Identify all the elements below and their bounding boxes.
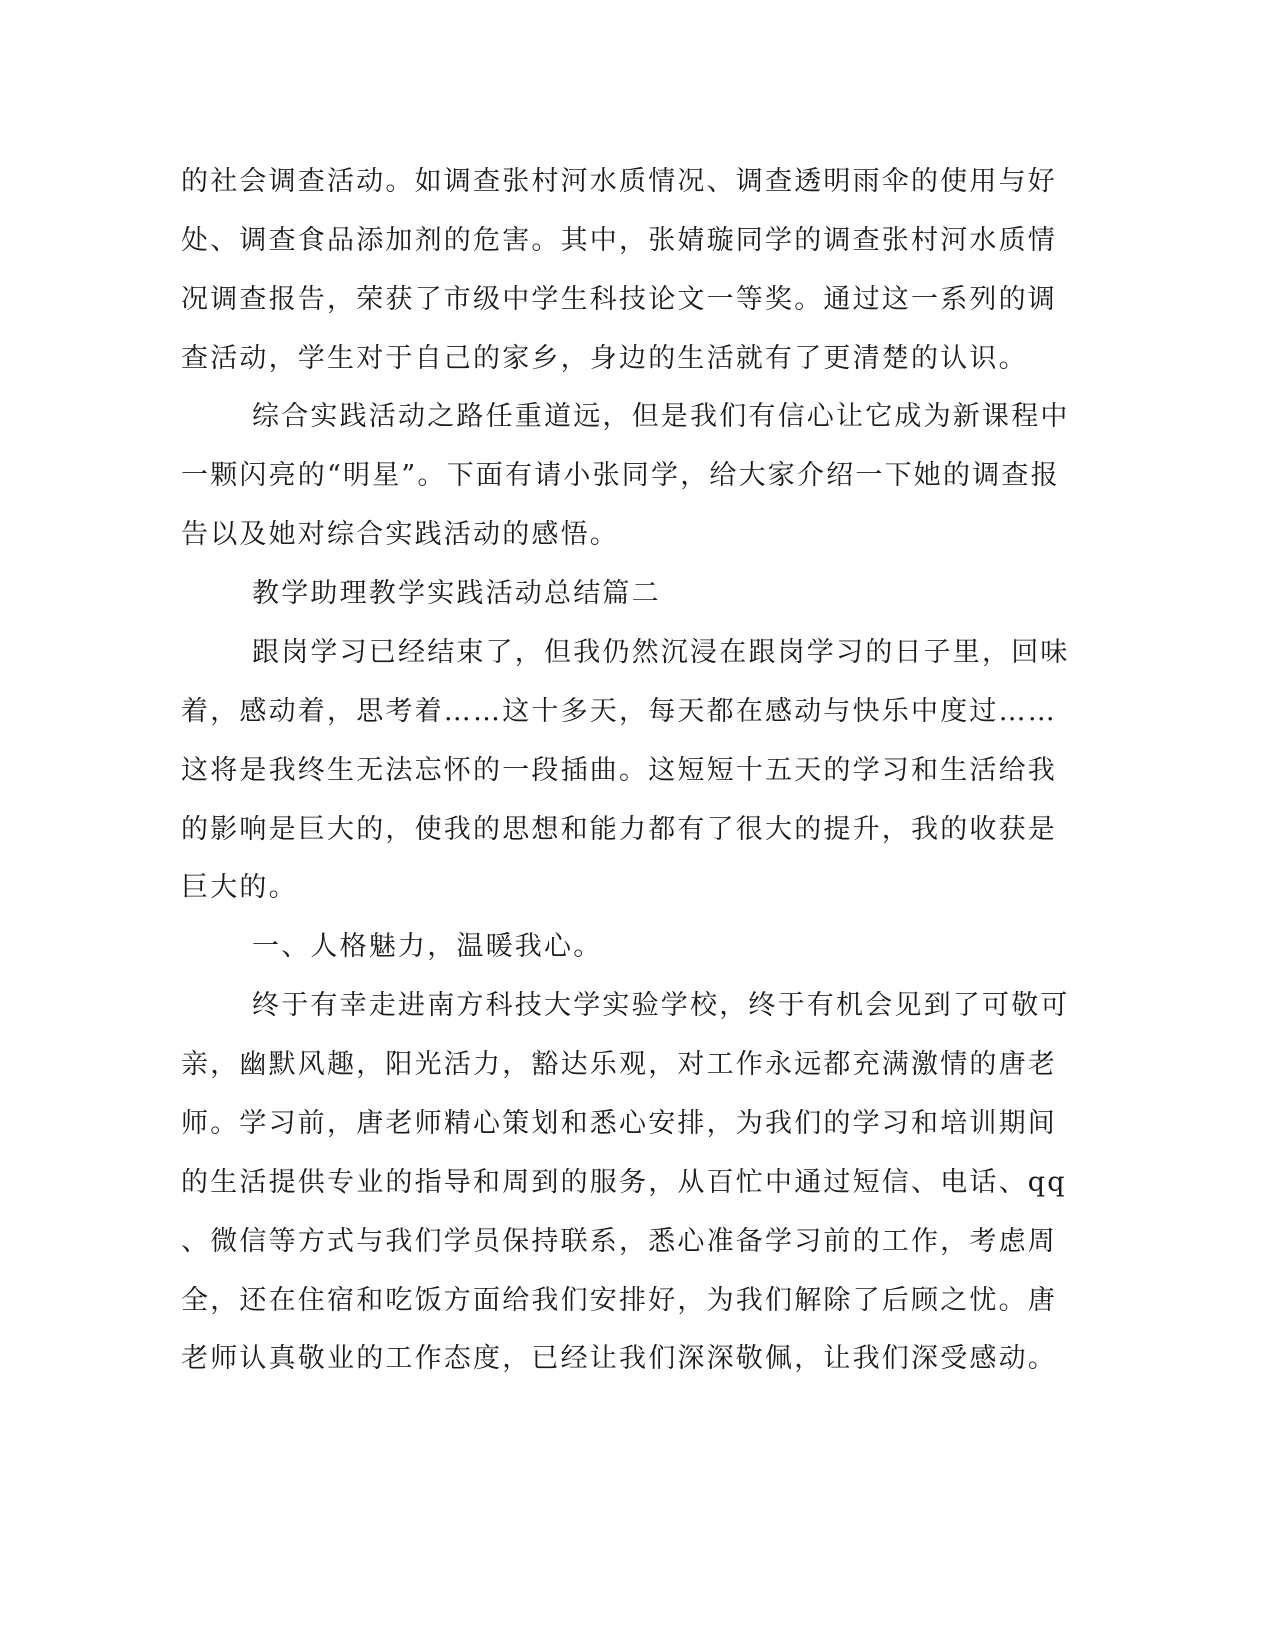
paragraph-start-line: 综合实践活动之路任重道远，但是我们有信心让它成为新课程中	[252, 401, 1070, 433]
text-line: 、微信等方式与我们学员保持联系，悉心准备学习前的工作，考虑周	[181, 1226, 1057, 1258]
text-line: 处、调查食品添加剂的危害。其中，张婧璇同学的调查张村河水质情	[181, 225, 1057, 257]
text-line: 巨大的。	[181, 872, 298, 904]
document-page: 的社会调查活动。如调查张村河水质情况、调查透明雨伞的使用与好 处、调查食品添加剂…	[0, 0, 1275, 1650]
text-line: 一颗闪亮的“明星”。下面有请小张同学，给大家介绍一下她的调查报	[181, 460, 1060, 492]
text-line: 老师认真敬业的工作态度，已经让我们深深敬佩，让我们深受感动。	[181, 1343, 1057, 1375]
text-line: 查活动，学生对于自己的家乡，身边的生活就有了更清楚的认识。	[181, 343, 1028, 375]
text-line: 的生活提供专业的指导和周到的服务，从百忙中通过短信、电话、qq	[181, 1167, 1067, 1199]
text-line: 的影响是巨大的，使我的思想和能力都有了很大的提升，我的收获是	[181, 814, 1057, 846]
text-line: 着，感动着，思考着……这十多天，每天都在感动与快乐中度过……	[181, 696, 1057, 728]
paragraph-start-line: 终于有幸走进南方科技大学实验学校，终于有机会见到了可敬可	[252, 990, 1070, 1022]
text-line: 亲，幽默风趣，阳光活力，豁达乐观，对工作永远都充满激情的唐老	[181, 1049, 1057, 1081]
section-heading: 教学助理教学实践活动总结篇二	[252, 578, 661, 610]
text-line: 师。学习前，唐老师精心策划和悉心安排，为我们的学习和培训期间	[181, 1108, 1057, 1140]
subsection-heading: 一、人格魅力，温暖我心。	[252, 931, 602, 963]
text-line: 的社会调查活动。如调查张村河水质情况、调查透明雨伞的使用与好	[181, 166, 1057, 198]
paragraph-start-line: 跟岗学习已经结束了，但我仍然沉浸在跟岗学习的日子里，回味	[252, 637, 1070, 669]
text-line: 况调查报告，荣获了市级中学生科技论文一等奖。通过这一系列的调	[181, 284, 1057, 316]
text-line: 告以及她对综合实践活动的感悟。	[181, 519, 619, 551]
text-line: 这将是我终生无法忘怀的一段插曲。这短短十五天的学习和生活给我	[181, 755, 1057, 787]
text-line: 全，还在住宿和吃饭方面给我们安排好，为我们解除了后顾之忧。唐	[181, 1285, 1057, 1317]
